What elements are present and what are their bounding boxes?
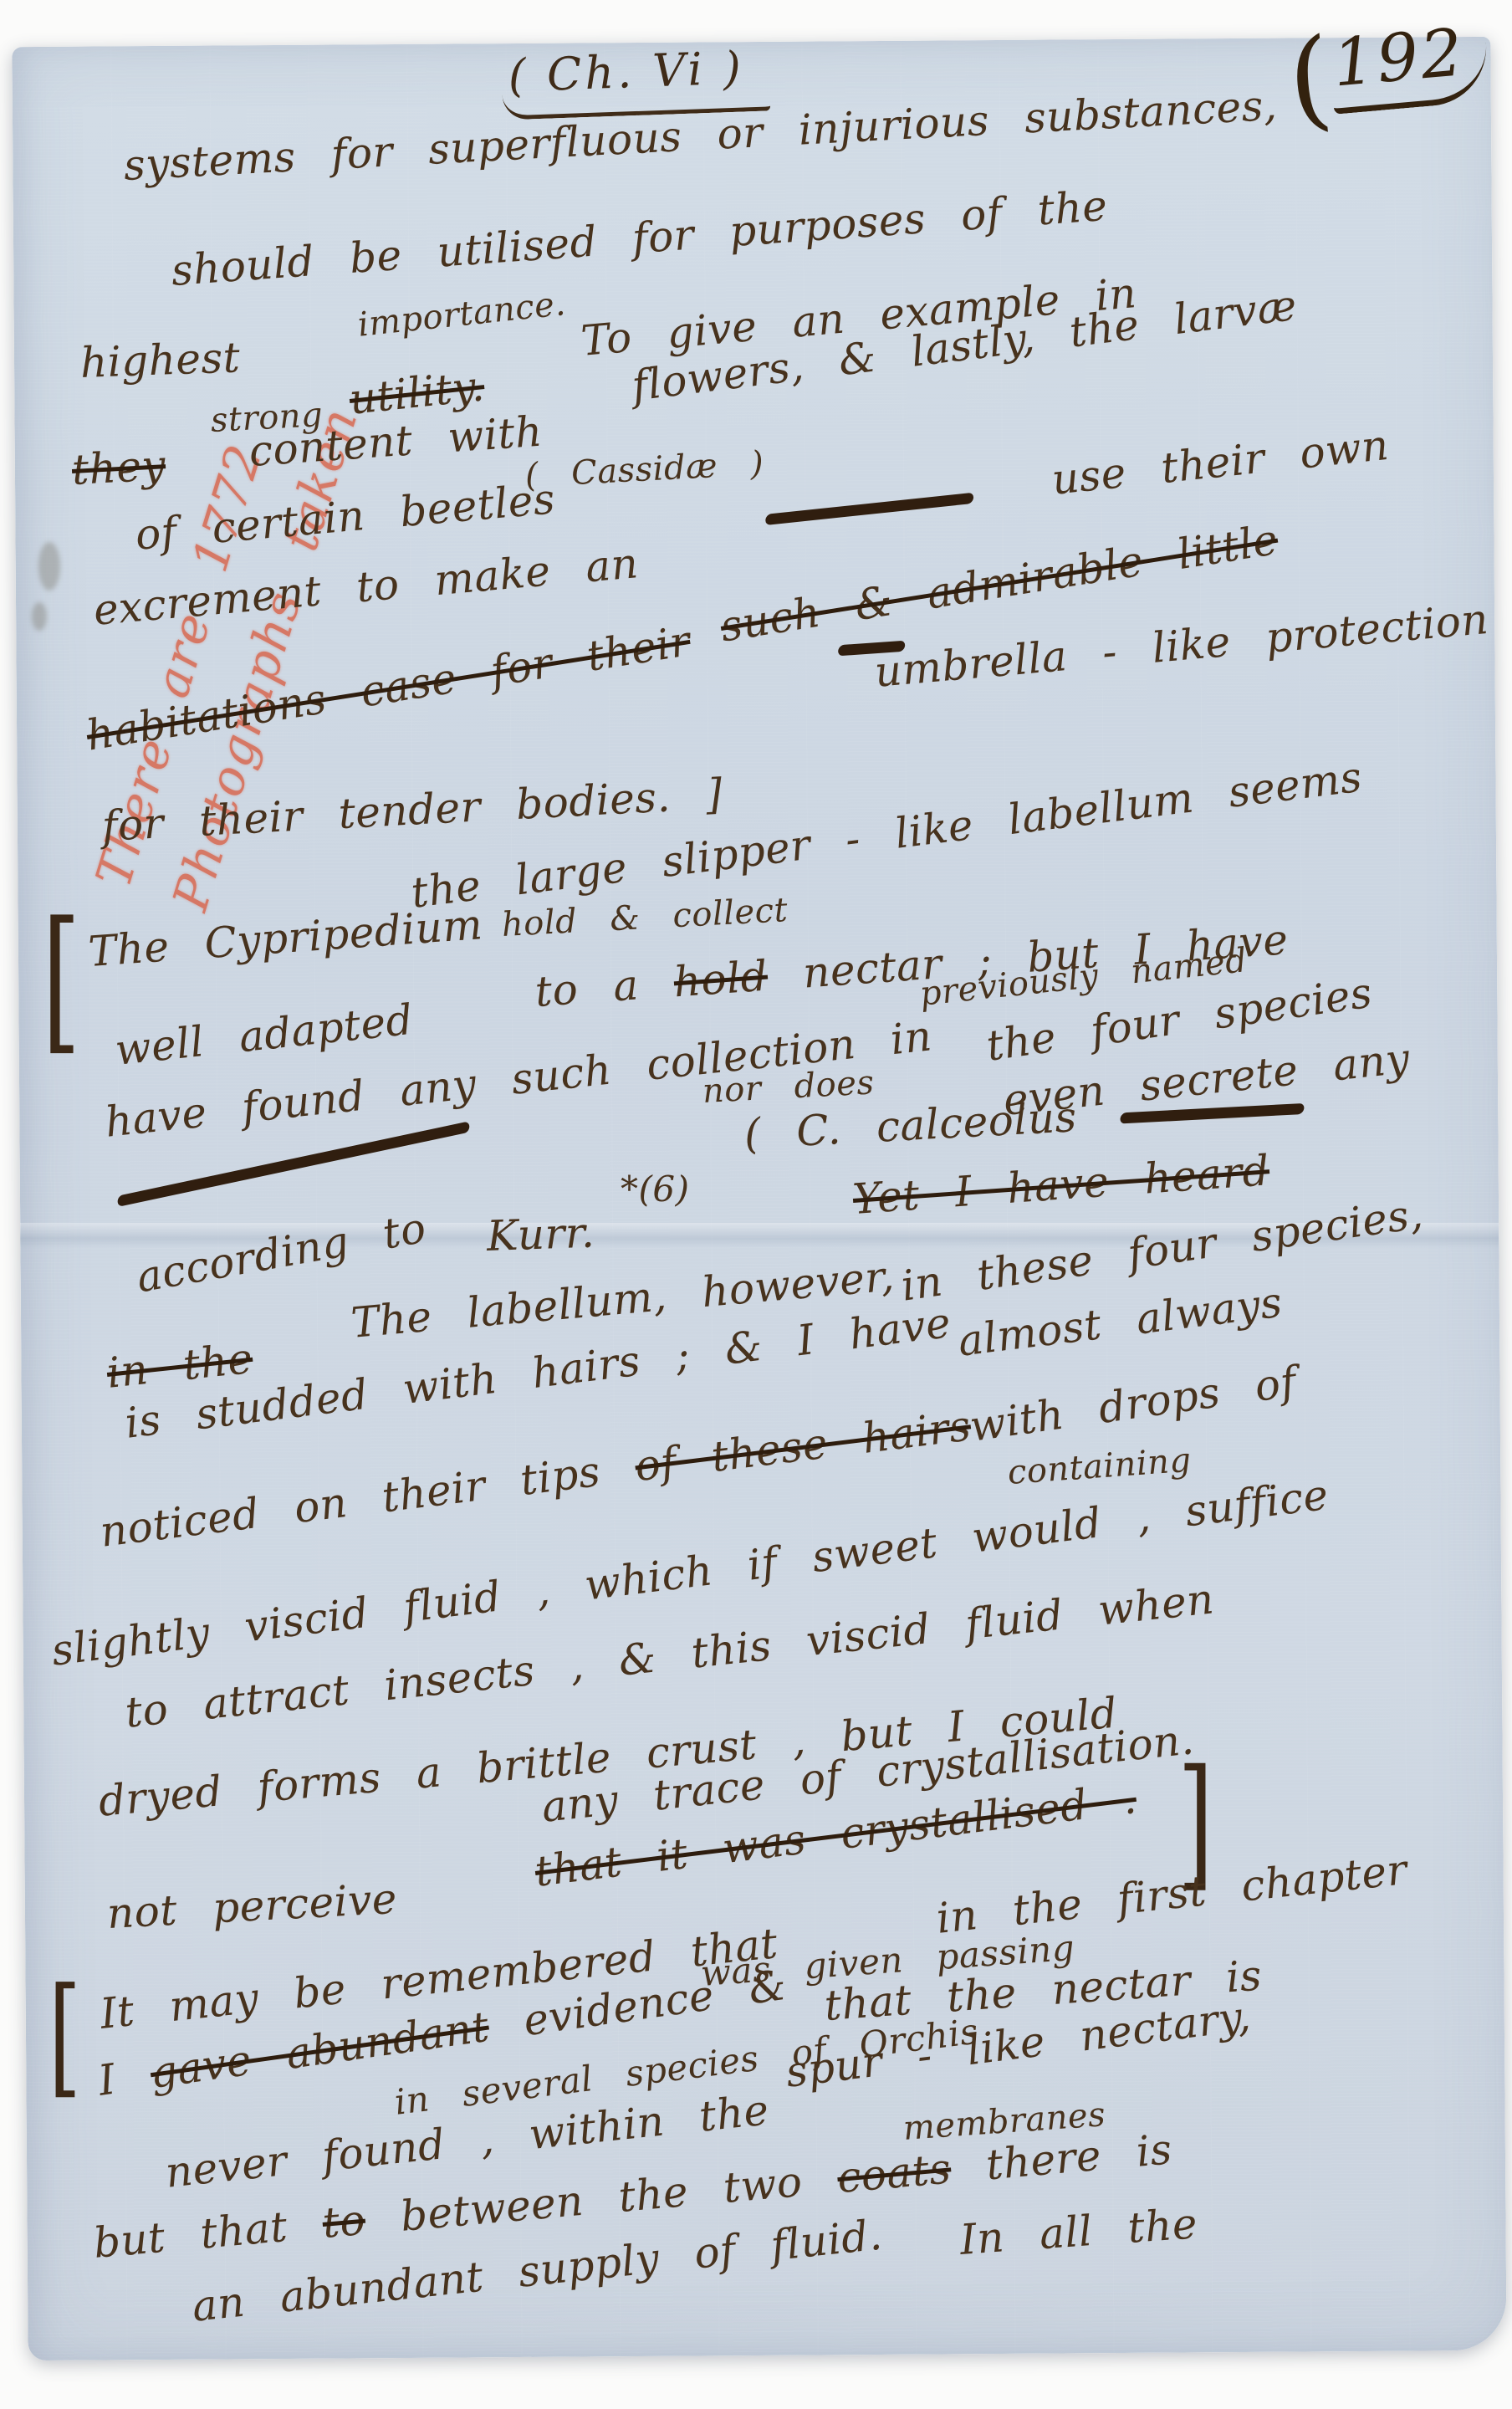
manuscript-line: Kurr. (486, 1211, 595, 1259)
handwriting-text: *(6) (621, 1169, 690, 1210)
handwriting-text: highest (79, 333, 241, 387)
page-number: (192 (1285, 13, 1491, 122)
bracket-glyph: [ (42, 899, 81, 1062)
struck-text: to (320, 2196, 367, 2248)
bracket-glyph: [ (49, 1967, 82, 2104)
manuscript-line: nor does (702, 1065, 875, 1109)
paper-smudge (38, 542, 60, 591)
paragraph-bracket: ] (1177, 1748, 1213, 1845)
chapter-heading: ( Ch. Vi ) (501, 38, 771, 120)
page-number-value: 192 (1326, 13, 1490, 115)
handwriting-text: Kurr. (486, 1209, 595, 1261)
manuscript-line: *(6) (621, 1171, 690, 1208)
manuscript-photo: ( Ch. Vi ) (192 There are 1772 Photograp… (0, 0, 1512, 2409)
manuscript-line: they (71, 443, 167, 492)
paragraph-bracket: [ (42, 899, 81, 1005)
struck-text: hold (672, 952, 769, 1007)
struck-text: they (70, 441, 166, 494)
paragraph-bracket: [ (49, 1967, 82, 2055)
handwriting-text: to a (534, 958, 676, 1015)
handwriting-text: I (95, 2050, 154, 2105)
ink-deletion-blot (1120, 1102, 1305, 1123)
manuscript-line: highest (79, 335, 241, 385)
paper-smudge (32, 602, 47, 631)
struck-text: coats (835, 2144, 953, 2202)
